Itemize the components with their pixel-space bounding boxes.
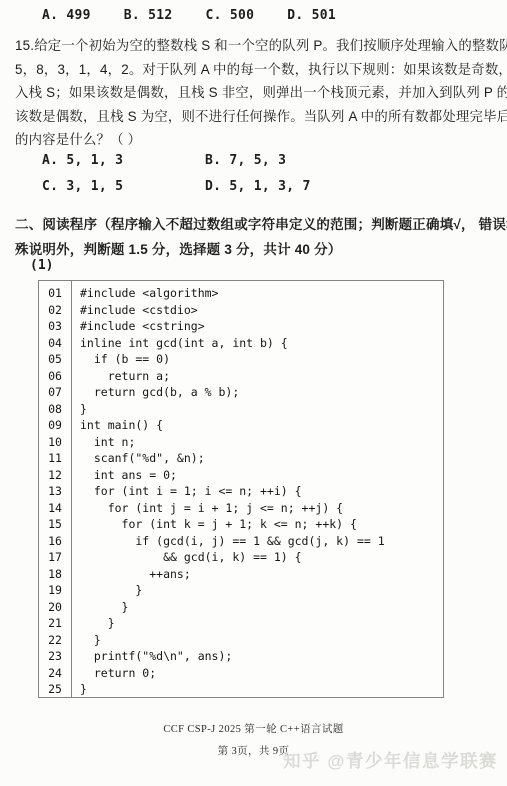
code-line-number: 16 bbox=[39, 533, 71, 550]
code-row: 11 scanf("%d", &n); bbox=[39, 450, 443, 467]
code-row: 23 printf("%d\n", ans); bbox=[39, 648, 443, 665]
section-2-header: 二、阅读程序（程序输入不超过数组或字符串定义的范围；判断题正确填√， 错误填×；… bbox=[15, 213, 503, 262]
code-row: 01 #include <algorithm> bbox=[39, 285, 443, 302]
code-row: 16 if (gcd(i, j) == 1 && gcd(j, k) == 1 bbox=[39, 533, 443, 550]
code-line-text: inline int gcd(int a, int b) { bbox=[71, 335, 288, 352]
option-text: A. 499 bbox=[42, 8, 91, 23]
question-line: 15.给定一个初始为空的整数栈 S 和一个空的队列 P。我们按顺序处理输入的整数… bbox=[15, 34, 501, 58]
code-line-text: return gcd(b, a % b); bbox=[71, 384, 239, 401]
code-line-number: 20 bbox=[39, 599, 71, 616]
code-row: 17 && gcd(i, k) == 1) { bbox=[39, 549, 443, 566]
code-line-text: int n; bbox=[71, 434, 135, 451]
code-row: 07 return gcd(b, a % b); bbox=[39, 384, 443, 401]
option-text: D. 501 bbox=[287, 8, 336, 23]
code-line-text: printf("%d\n", ans); bbox=[71, 648, 232, 665]
option-text: C. 500 bbox=[206, 8, 255, 23]
code-line-text: for (int i = 1; i <= n; ++i) { bbox=[71, 483, 302, 500]
code-line-number: 25 bbox=[39, 681, 71, 698]
option-text: B. 512 bbox=[124, 8, 173, 23]
code-line-text: } bbox=[71, 681, 87, 698]
section-header-line: 殊说明外，判断题 1.5 分，选择题 3 分，共计 40 分） bbox=[15, 238, 503, 263]
code-line-number: 14 bbox=[39, 500, 71, 517]
code-line-text: int ans = 0; bbox=[71, 467, 177, 484]
code-row: 18 ++ans; bbox=[39, 566, 443, 583]
code-row: 08 } bbox=[39, 401, 443, 418]
code-line-number: 24 bbox=[39, 665, 71, 682]
code-line-number: 11 bbox=[39, 450, 71, 467]
code-line-text: return a; bbox=[71, 368, 170, 385]
code-line-text: if (b == 0) bbox=[71, 351, 170, 368]
question-15-options: A. 5, 1, 3B. 7, 5, 3C. 3, 1, 5D. 5, 1, 3… bbox=[42, 151, 311, 197]
question-line: 该数是偶数，且栈 S 为空，则不进行任何操作。当队列 A 中的所有数都处理完毕后… bbox=[15, 105, 501, 129]
code-line-number: 12 bbox=[39, 467, 71, 484]
footer-exam-title: CCF CSP-J 2025 第一轮 C++语言试题 bbox=[0, 721, 507, 736]
code-line-text: && gcd(i, k) == 1) { bbox=[71, 549, 302, 566]
previous-question-options-row: A. 499B. 512C. 500D. 501 bbox=[42, 8, 336, 23]
code-row: 03 #include <cstring> bbox=[39, 318, 443, 335]
code-row: 06 return a; bbox=[39, 368, 443, 385]
option-text: D. 5, 1, 3, 7 bbox=[205, 177, 311, 197]
code-line-number: 17 bbox=[39, 549, 71, 566]
code-rows: 01 #include <algorithm> 02 #include <cst… bbox=[39, 285, 443, 698]
code-line-number: 15 bbox=[39, 516, 71, 533]
code-row: 15 for (int k = j + 1; k <= n; ++k) { bbox=[39, 516, 443, 533]
option-text: B. 7, 5, 3 bbox=[205, 151, 311, 171]
option-text: C. 3, 1, 5 bbox=[42, 177, 205, 197]
code-line-number: 23 bbox=[39, 648, 71, 665]
code-row: 02 #include <cstdio> bbox=[39, 302, 443, 319]
code-line-text: } bbox=[71, 401, 87, 418]
code-line-text: if (gcd(i, j) == 1 && gcd(j, k) == 1 bbox=[71, 533, 385, 550]
code-line-text: #include <cstring> bbox=[71, 318, 205, 335]
code-line-text: } bbox=[71, 615, 115, 632]
code-row: 22 } bbox=[39, 632, 443, 649]
code-row: 04 inline int gcd(int a, int b) { bbox=[39, 335, 443, 352]
code-line-text: for (int j = i + 1; j <= n; ++j) { bbox=[71, 500, 343, 517]
code-row: 12 int ans = 0; bbox=[39, 467, 443, 484]
code-line-text: } bbox=[71, 599, 128, 616]
code-row: 24 return 0; bbox=[39, 665, 443, 682]
code-line-number: 22 bbox=[39, 632, 71, 649]
code-line-text: #include <cstdio> bbox=[71, 302, 198, 319]
question-line: 入栈 S；如果该数是偶数，且栈 S 非空，则弹出一个栈顶元素，并加入到队列 P … bbox=[15, 81, 501, 105]
code-listing-box: 01 #include <algorithm> 02 #include <cst… bbox=[38, 280, 444, 698]
code-line-number: 01 bbox=[39, 285, 71, 302]
code-line-number: 05 bbox=[39, 351, 71, 368]
code-line-text: #include <algorithm> bbox=[71, 285, 218, 302]
section-header-line: 二、阅读程序（程序输入不超过数组或字符串定义的范围；判断题正确填√， 错误填×；… bbox=[15, 213, 503, 238]
question-15: 15.给定一个初始为空的整数栈 S 和一个空的队列 P。我们按顺序处理输入的整数… bbox=[15, 34, 501, 152]
code-line-text: scanf("%d", &n); bbox=[71, 450, 205, 467]
code-line-text: for (int k = j + 1; k <= n; ++k) { bbox=[71, 516, 357, 533]
code-row: 10 int n; bbox=[39, 434, 443, 451]
code-line-number: 06 bbox=[39, 368, 71, 385]
code-line-number: 13 bbox=[39, 483, 71, 500]
program-1-label: (1) bbox=[30, 258, 53, 273]
code-line-text: } bbox=[71, 582, 142, 599]
code-row: 20 } bbox=[39, 599, 443, 616]
code-row: 05 if (b == 0) bbox=[39, 351, 443, 368]
code-line-text: int main() { bbox=[71, 417, 163, 434]
code-line-text: } bbox=[71, 632, 101, 649]
code-line-number: 07 bbox=[39, 384, 71, 401]
code-line-number: 04 bbox=[39, 335, 71, 352]
code-row: 25 } bbox=[39, 681, 443, 698]
code-row: 09 int main() { bbox=[39, 417, 443, 434]
code-row: 19 } bbox=[39, 582, 443, 599]
option-text: A. 5, 1, 3 bbox=[42, 151, 205, 171]
line-number-divider bbox=[71, 281, 72, 697]
code-line-number: 18 bbox=[39, 566, 71, 583]
code-line-number: 08 bbox=[39, 401, 71, 418]
question-line: 5，8，3，1，4，2。对于队列 A 中的每一个数，执行以下规则：如果该数是奇数… bbox=[15, 58, 501, 82]
code-line-number: 19 bbox=[39, 582, 71, 599]
watermark: 知乎 @青少年信息学联赛 bbox=[283, 748, 498, 773]
code-line-number: 02 bbox=[39, 302, 71, 319]
code-line-number: 10 bbox=[39, 434, 71, 451]
code-row: 13 for (int i = 1; i <= n; ++i) { bbox=[39, 483, 443, 500]
code-line-text: return 0; bbox=[71, 665, 156, 682]
code-line-text: ++ans; bbox=[71, 566, 191, 583]
code-line-number: 09 bbox=[39, 417, 71, 434]
code-row: 21 } bbox=[39, 615, 443, 632]
code-row: 14 for (int j = i + 1; j <= n; ++j) { bbox=[39, 500, 443, 517]
question-line: 的内容是什么？（ ） bbox=[15, 128, 501, 152]
code-line-number: 21 bbox=[39, 615, 71, 632]
code-line-number: 03 bbox=[39, 318, 71, 335]
